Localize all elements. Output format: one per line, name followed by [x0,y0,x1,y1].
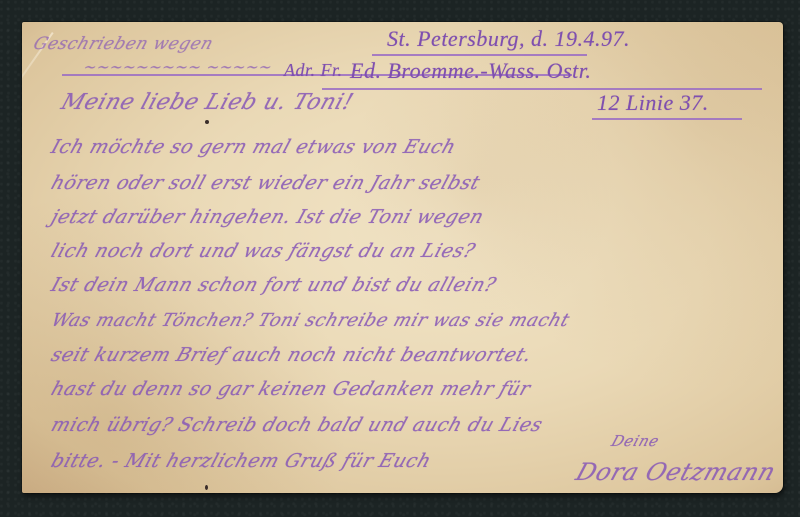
body-line-1: Ich möchte so gern mal etwas von Euch [48,136,458,158]
body-line-10: bitte. - Mit herzlichem Gruß für Euch [48,450,434,472]
body-line-9: mich übrig? Schreib doch bald und auch d… [48,414,545,436]
address-name: Ed. Broemme.-Wass. Ostr. [350,58,591,84]
ink-spot [205,120,209,124]
body-line-4: lich noch dort und was fängst du an Lies… [48,240,478,262]
street-address: 12 Linie 37. [597,90,709,116]
body-line-2: hören oder soll erst wieder ein Jahr sel… [48,172,483,194]
closing-label: Deine [609,432,662,450]
signature: Dora Oetzmann [572,458,779,486]
ink-spot [205,485,208,490]
postcard: Geschrieben wegen St. Petersburg, d. 19.… [22,22,783,493]
address-prefix: Adr. Fr. [284,60,343,81]
place-date: St. Petersburg, d. 19.4.97. [387,26,630,52]
body-line-6: Was macht Tönchen? Toni schreibe mir was… [49,310,573,331]
place-underline [372,54,587,56]
body-line-3: jetzt darüber hingehen. Ist die Toni weg… [48,206,486,228]
street-underline [592,118,742,120]
header-left-fragment: Geschrieben wegen [31,34,216,54]
body-line-5: Ist dein Mann schon fort und bist du all… [48,274,499,296]
salutation: Meine liebe Lieb u. Toni! [58,90,357,115]
body-line-7: seit kurzem Brief auch noch nicht beantw… [48,344,534,366]
body-line-8: hast du denn so gar keinen Gedanken mehr… [48,378,533,400]
